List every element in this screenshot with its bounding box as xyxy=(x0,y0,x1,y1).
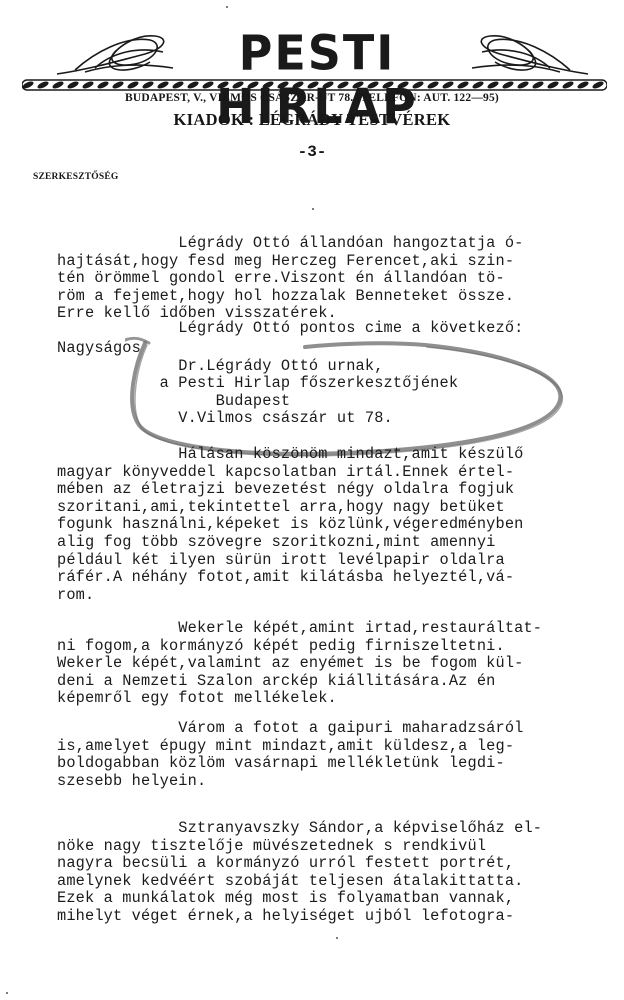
paper-speck xyxy=(312,208,314,210)
paragraph-portrait-request: Légrády Ottó állandóan hangoztatja ó- ha… xyxy=(57,235,523,323)
newspaper-name-first: PESTI xyxy=(239,24,396,81)
paragraph-maharaja-photo: Várom a fotot a gaipuri maharadzsáról is… xyxy=(57,720,523,790)
pencil-circle-annotation xyxy=(125,335,565,460)
paragraph-sztranyavszky: Sztranyavszky Sándor,a képviselőház el- … xyxy=(57,820,542,926)
paragraph-book-thanks: Hálásan köszönöm mindazt,amit készülő ma… xyxy=(57,446,523,604)
publisher-address: BUDAPEST, V., VILMOS CSÁSZÁR-UT 78. (TEL… xyxy=(0,92,624,104)
department-label: SZERKESZTŐSÉG xyxy=(33,172,119,182)
masthead-title-row: PESTI HIRLAP xyxy=(0,30,624,78)
flourish-left-icon xyxy=(55,32,175,78)
paper-speck xyxy=(226,6,228,8)
paper-speck xyxy=(6,992,8,994)
flourish-right-icon xyxy=(470,32,590,78)
paragraph-wekerle-portrait: Wekerle képét,amint irtad,restauráltat- … xyxy=(57,620,542,708)
publishers-line: KIADÓK : LÉGRÁDY TESTVÉREK xyxy=(0,110,624,130)
letterhead: PESTI HIRLAP BUDAPEST, V., VILMOS CSÁSZÁ… xyxy=(0,0,624,140)
laurel-garland-icon xyxy=(22,78,607,92)
page-number: -3- xyxy=(0,143,624,161)
paper-speck xyxy=(336,937,338,939)
